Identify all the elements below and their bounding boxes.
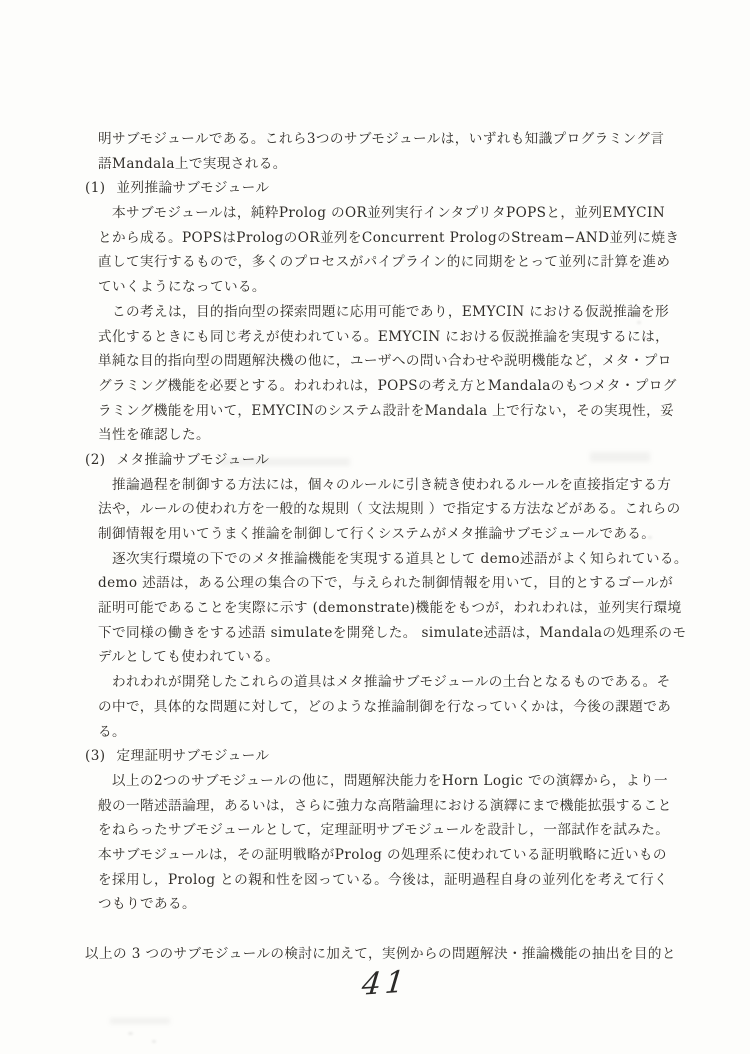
section-heading: (1)並列推論サブモジュール [0, 176, 750, 201]
section-number: (3) [85, 744, 105, 769]
text-line: 直して実行するもので，多くのプロセスがパイプライン的に同期をとって並列に計算を進… [0, 250, 750, 275]
text-line: 当性を確認した。 [0, 423, 750, 448]
scan-smudge [110, 1018, 170, 1024]
text-line: つもりである。 [0, 892, 750, 917]
text-line: グラミング機能を必要とする。われわれは，POPSの考え方とMandalaのもつメ… [0, 374, 750, 399]
text-line: をねらったサブモジュールとして，定理証明サブモジュールを設計し，一部試作を試みた… [0, 818, 750, 843]
scanned-paper-page: 明サブモジュールである。これら3つのサブモジュールは，いずれも知識プログラミング… [0, 0, 750, 1054]
text-line: 単純な目的指向型の問題解決機の他に，ユーザへの問い合わせや説明機能など，メタ・プ… [0, 349, 750, 374]
text-line: ラミング機能を用いて，EMYCINのシステム設計をMandala 上で行ない，そ… [0, 399, 750, 424]
text-line: 法や，ルールの使われ方を一般的な規則（ 文法規則 ）で指定する方法などがある。こ… [0, 497, 750, 522]
text-line: る。 [0, 720, 750, 745]
scan-speckle [128, 1032, 133, 1035]
text-line: 本サブモジュールは，その証明戦略がProlog の処理系に使われている証明戦略に… [0, 843, 750, 868]
text-line: 逐次実行環境の下でのメタ推論機能を実現する道具として demo述語がよく知られて… [0, 547, 750, 572]
handwritten-page-number: 41 [360, 964, 410, 1003]
text-line: ていくようになっている。 [0, 275, 750, 300]
section-heading: (3)定理証明サブモジュール [0, 744, 750, 769]
text-line: 推論過程を制御する方法には，個々のルールに引き続き使われるルールを直接指定する方 [0, 473, 750, 498]
text-line: 以上の2つのサブモジュールの他に，問題解決能力をHorn Logic での演繹か… [0, 769, 750, 794]
scan-smudge [220, 458, 350, 466]
text-line: 下で同様の働きをする述語 simulateを開発した。 simulate述語は，… [0, 621, 750, 646]
text-line: の中で，具体的な問題に対して，どのような推論制御を行なっていくかは，今後の課題で… [0, 695, 750, 720]
scan-smudge [590, 452, 650, 462]
text-line: 明サブモジュールである。これら3つのサブモジュールは，いずれも知識プログラミング… [0, 127, 750, 152]
text-line: を採用し，Prolog との親和性を図っている。今後は，証明過程自身の並列化を考… [0, 868, 750, 893]
text-line: 式化するときにも同じ考えが使われている。EMYCIN における仮説推論を実現する… [0, 325, 750, 350]
scan-speckle [637, 321, 641, 324]
document-text-block: 明サブモジュールである。これら3つのサブモジュールは，いずれも知識プログラミング… [0, 127, 750, 966]
text-line: デルとしても使われている。 [0, 645, 750, 670]
text-line: われわれが開発したこれらの道具はメタ推論サブモジュールの土台となるものである。そ [0, 670, 750, 695]
text-line: 本サブモジュールは，純粋Prolog のOR並列実行インタプリタPOPSと，並列… [0, 201, 750, 226]
scan-speckle [648, 536, 652, 539]
text-line: 証明可能であることを実際に示す (demonstrate)機能をもつが，われわれ… [0, 596, 750, 621]
text-line: demo 述語は，ある公理の集合の下で，与えられた制御情報を用いて，目的とするゴ… [0, 571, 750, 596]
section-title: 定理証明サブモジュール [116, 748, 269, 764]
section-number: (1) [85, 176, 105, 201]
text-line: とから成る。POPSはPrologのOR並列をConcurrent Prolog… [0, 226, 750, 251]
section-title: 並列推論サブモジュール [116, 180, 269, 196]
text-line: 語Mandala上で実現される。 [0, 152, 750, 177]
section-number: (2) [85, 448, 105, 473]
text-line: 般の一階述語論理，あるいは，さらに強力な高階論理における演繹にまで機能拡張するこ… [0, 794, 750, 819]
blank-line [0, 917, 750, 942]
text-line: 以上の 3 つのサブモジュールの検討に加えて，実例からの問題解決・推論機能の抽出… [0, 942, 750, 967]
scan-speckle [152, 1040, 156, 1043]
text-line: 制御情報を用いてうまく推論を制御して行くシステムがメタ推論サブモジュールである。 [0, 522, 750, 547]
